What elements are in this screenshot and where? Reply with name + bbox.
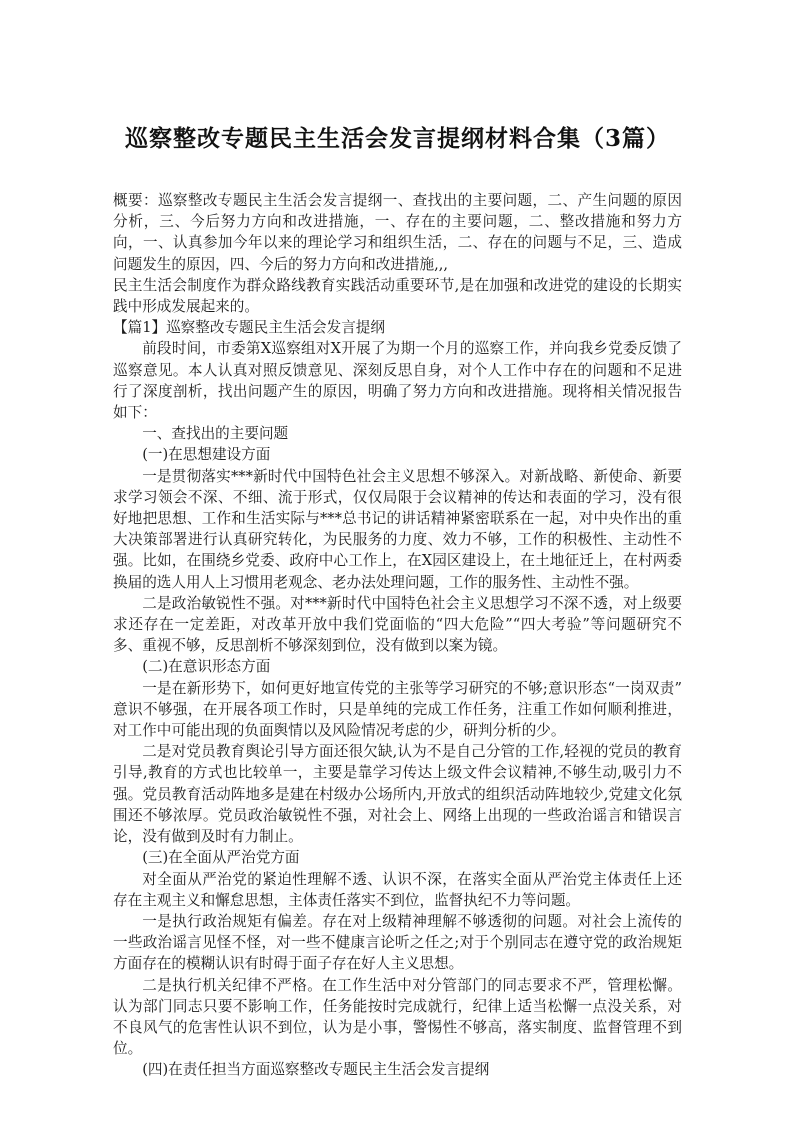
paragraph: 前段时间，市委第X巡察组对X开展了为期一个月的巡察工作，并向我乡党委反馈了巡察意… (113, 338, 682, 423)
paragraph: 一、查找出的主要问题 (113, 423, 682, 444)
paragraph: 一是在新形势下，如何更好地宣传党的主张等学习研究的不够;意识形态“一岗双责”意识… (113, 678, 682, 742)
paragraph: (三)在全面从严治党方面 (113, 847, 682, 868)
paragraph: (一)在思想建设方面 (113, 444, 682, 465)
paragraph: 二是对党员教育舆论引导方面还很欠缺,认为不是自己分管的工作,轻视的党员的教育引导… (113, 741, 682, 847)
paragraph: 二是执行机关纪律不严格。在工作生活中对分管部门的同志要求不严，管理松懈。认为部门… (113, 975, 682, 1060)
paragraph: (二)在意识形态方面 (113, 656, 682, 677)
paragraph: (四)在责任担当方面巡察整改专题民主生活会发言提纲 (113, 1059, 682, 1080)
paragraph: 一是贯彻落实***新时代中国特色社会主义思想不够深入。对新战略、新使命、新要求学… (113, 466, 682, 593)
paragraph: 概要：巡察整改专题民主生活会发言提纲一、查找出的主要问题，二、产生问题的原因分析… (113, 190, 682, 275)
document-body: 概要：巡察整改专题民主生活会发言提纲一、查找出的主要问题，二、产生问题的原因分析… (113, 190, 682, 1081)
paragraph: 对全面从严治党的紧迫性理解不透、认识不深，在落实全面从严治党主体责任上还存在主观… (113, 869, 682, 911)
paragraph: 民主生活会制度作为群众路线教育实践活动重要环节,是在加强和改进党的建设的长期实践… (113, 275, 682, 317)
paragraph: 一是执行政治规矩有偏差。存在对上级精神理解不够透彻的问题。对社会上流传的一些政治… (113, 911, 682, 975)
document-page: 巡察整改专题民主生活会发言提纲材料合集（3篇） 概要：巡察整改专题民主生活会发言… (0, 0, 793, 1122)
paragraph: 【篇1】巡察整改专题民主生活会发言提纲 (113, 317, 682, 338)
paragraph: 二是政治敏锐性不强。对***新时代中国特色社会主义思想学习不深不透，对上级要求还… (113, 593, 682, 657)
document-title: 巡察整改专题民主生活会发言提纲材料合集（3篇） (100, 121, 695, 157)
